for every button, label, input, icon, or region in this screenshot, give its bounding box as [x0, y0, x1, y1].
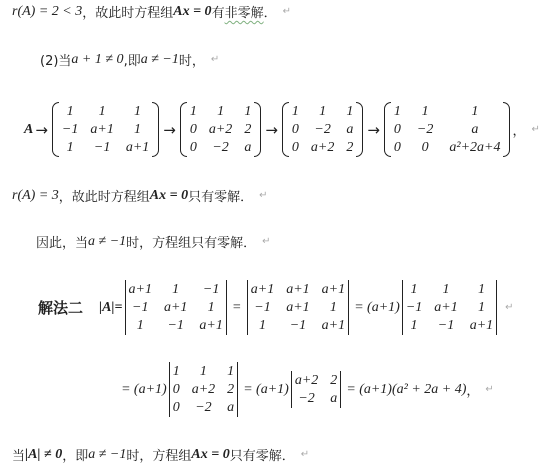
text: ，故此时方程组 [82, 2, 173, 21]
text: ， [466, 380, 479, 399]
spellcheck-underlined-text: 非零解 [225, 2, 264, 21]
determinant-5: a+22 −2a [291, 371, 341, 408]
case-label: (2)当 [40, 50, 71, 69]
arrow-icon: → [35, 121, 48, 139]
determinant-condition: |A| ≠ 0 [25, 447, 62, 463]
paragraph-mark-icon: ↵ [301, 449, 309, 460]
arrow-icon: → [265, 121, 278, 139]
condition-1: a + 1 ≠ 0 [71, 52, 123, 68]
arrow-icon: → [163, 121, 176, 139]
paragraph-mark-icon: ↵ [262, 236, 270, 247]
text: ，即 [62, 445, 88, 464]
text: 只有零解． [188, 186, 253, 205]
matrix-grid: 111 −1a+11 1−1a+1 [59, 102, 152, 157]
paragraph-mark-icon: ↵ [259, 190, 267, 201]
determinant-2: a+1a+1a+1 −1a+11 1−1a+1 [247, 280, 349, 335]
paragraph-mark-icon: ↵ [283, 6, 291, 17]
paragraph-mark-icon: ↵ [211, 54, 219, 65]
text: ，故此时方程组 [59, 186, 150, 205]
matrix-3: 111 0−2a 0a+22 [282, 102, 363, 157]
text: 时，方程组只有零解． [126, 232, 256, 251]
text: 时， [179, 50, 205, 69]
equation: Ax = 0 [150, 188, 188, 204]
text: 有 [212, 2, 225, 21]
text: ,即 [124, 50, 141, 69]
rank-expression: r(A) = 3 [12, 188, 59, 204]
paragraph-mark-icon: ↵ [505, 302, 513, 313]
rank-conclusion-2: r(A) = 3 ，故此时方程组 Ax = 0 只有零解． ↵ [12, 186, 268, 205]
row-reduction: A → 111 −1a+11 1−1a+1 → 111 0a+22 0−2a →… [24, 102, 540, 157]
equation: Ax = 0 [173, 4, 211, 20]
equation: Ax = 0 [191, 447, 229, 463]
determinant-expansion: = (a+1) 111 0a+22 0−2a = (a+1) a+22 −2a … [118, 362, 494, 417]
determinant-label: |A|= [99, 300, 122, 316]
determinant-1: a+11−1 −1a+11 1−1a+1 [125, 280, 227, 335]
rank-expression: r(A) = 2 < 3 [12, 4, 82, 20]
condition-2: a ≠ −1 [141, 52, 179, 68]
method-two-determinant: 解法二 |A|= a+11−1 −1a+11 1−1a+1 = a+1a+1a+… [38, 280, 514, 335]
condition: a ≠ −1 [88, 234, 126, 250]
text: ． [264, 2, 277, 21]
matrix-4: 111 0−2a 00a²+2a+4 [384, 102, 511, 157]
matrix-1: 111 −1a+11 1−1a+1 [52, 102, 159, 157]
paragraph-mark-icon: ↵ [485, 384, 493, 395]
text: ， [512, 120, 525, 139]
rank-conclusion-1: r(A) = 2 < 3 ，故此时方程组 Ax = 0 有 非零解 ． ↵ [12, 2, 291, 21]
case-2-condition: (2)当 a + 1 ≠ 0 ,即 a ≠ −1 时， ↵ [40, 50, 219, 69]
summary-conclusion: 因此，当 a ≠ −1 时，方程组只有零解． ↵ [36, 232, 271, 251]
method-heading: 解法二 [38, 297, 83, 318]
factor: (a+1) [367, 300, 400, 316]
final-result: (a+1)(a² + 2a + 4) [359, 382, 466, 398]
determinant-3: 111 −1a+11 1−1a+1 [402, 280, 497, 335]
factor: (a+1) [134, 382, 167, 398]
arrow-icon: → [367, 121, 380, 139]
text: 时，方程组 [126, 445, 191, 464]
determinant-4: 111 0a+22 0−2a [169, 362, 238, 417]
text: 只有零解． [230, 445, 295, 464]
matrix-2: 111 0a+22 0−2a [180, 102, 261, 157]
text: 当 [12, 445, 25, 464]
factor: (a+1) [256, 382, 289, 398]
text: 因此，当 [36, 232, 88, 251]
final-conclusion: 当 |A| ≠ 0 ，即 a ≠ −1 时，方程组 Ax = 0 只有零解． ↵ [12, 445, 309, 464]
condition: a ≠ −1 [88, 447, 126, 463]
paragraph-mark-icon: ↵ [531, 124, 539, 135]
matrix-A-label: A [24, 122, 33, 138]
